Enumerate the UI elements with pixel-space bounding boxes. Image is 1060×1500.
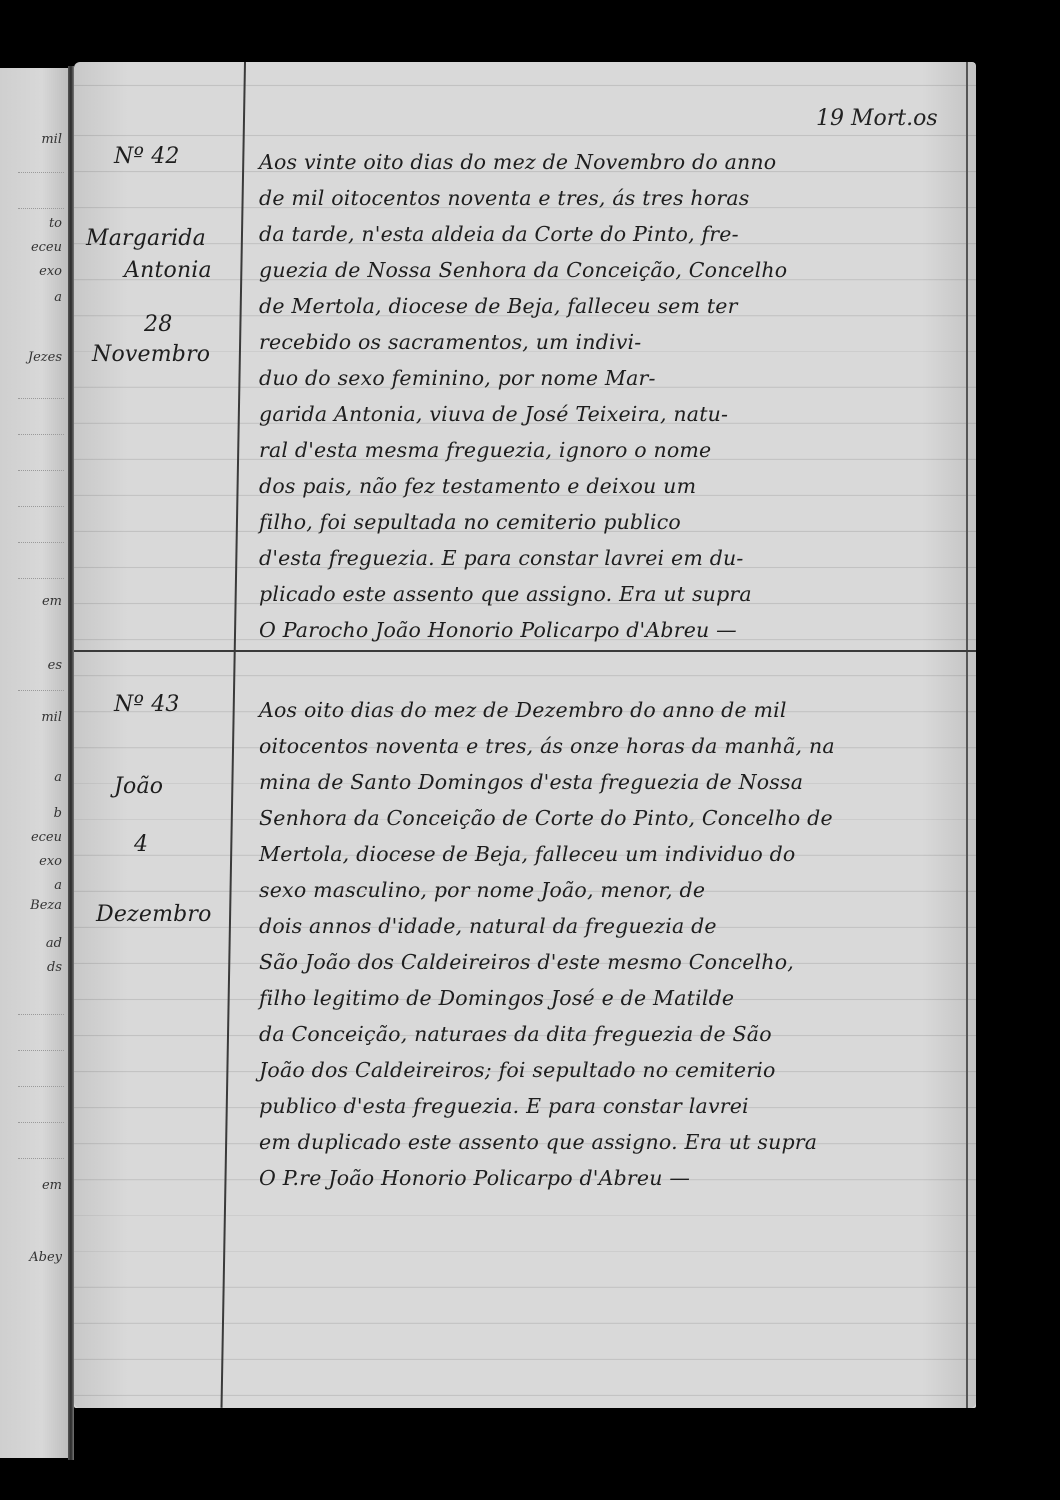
entry-text-line: em duplicado este assento que assigno. E…: [259, 1130, 817, 1154]
left-rule: [18, 1086, 64, 1087]
left-fragment: Abey: [29, 1250, 62, 1265]
entry-text-line: dois annos d'idade, natural da freguezia…: [259, 914, 717, 938]
left-rule: [18, 1050, 64, 1051]
entry-text-line: recebido os sacramentos, um indivi-: [259, 330, 641, 354]
entry-text-line: de Mertola, diocese de Beja, falleceu se…: [259, 294, 738, 318]
left-fragment: ad: [46, 936, 62, 951]
left-rule: [18, 172, 64, 173]
left-rule: [18, 208, 64, 209]
entry-month: Novembro: [92, 342, 210, 367]
register-page: 19 Mort.os Nº 42 Margarida Antonia 28 No…: [74, 62, 976, 1408]
left-rule: [18, 578, 64, 579]
entry-text-line: garida Antonia, viuva de José Teixeira, …: [259, 402, 728, 426]
left-rule: [18, 1122, 64, 1123]
left-rule: [18, 506, 64, 507]
entry-text-line: Aos oito dias do mez de Dezembro do anno…: [259, 698, 787, 722]
left-fragment: a: [54, 290, 62, 305]
left-fragment: eceu: [31, 240, 62, 255]
entry-text-line: Senhora da Conceição de Corte do Pinto, …: [259, 806, 833, 830]
left-rule: [18, 434, 64, 435]
left-fragment: exo: [39, 264, 62, 279]
left-fragment: Jezes: [28, 350, 62, 365]
left-fragment: mil: [41, 132, 62, 147]
entry-text-line: de mil oitocentos noventa e tres, ás tre…: [259, 186, 750, 210]
entry-name: João: [114, 774, 163, 799]
left-fragment: em: [42, 594, 62, 609]
entry-divider: [74, 650, 976, 652]
left-fragment: eceu: [31, 830, 62, 845]
margin-column-line: [221, 62, 246, 1408]
entry-signature: O P.re João Honorio Policarpo d'Abreu —: [259, 1166, 690, 1190]
entry-text-line: ral d'esta mesma freguezia, ignoro o nom…: [259, 438, 711, 462]
entry-number: Nº 43: [114, 692, 180, 717]
entry-text-line: filho legitimo de Domingos José e de Mat…: [259, 986, 734, 1010]
entry-text-line: sexo masculino, por nome João, menor, de: [259, 878, 705, 902]
entry-text-line: da tarde, n'esta aldeia da Corte do Pint…: [259, 222, 739, 246]
left-rule: [18, 542, 64, 543]
entry-text-line: filho, foi sepultada no cemiterio public…: [259, 510, 681, 534]
entry-name: Margarida: [86, 226, 206, 251]
entry-text-line: plicado este assento que assigno. Era ut…: [259, 582, 752, 606]
left-fragment: exo: [39, 854, 62, 869]
entry-number: Nº 42: [114, 144, 180, 169]
left-fragment: Beza: [30, 898, 62, 913]
entry-text-line: Aos vinte oito dias do mez de Novembro d…: [259, 150, 776, 174]
entry-day: 4: [134, 832, 148, 857]
left-rule: [18, 690, 64, 691]
left-facing-page: mil to eceu exo a Jezes em es mil a b ec…: [0, 68, 70, 1458]
left-fragment: to: [49, 216, 62, 231]
left-rule: [18, 398, 64, 399]
left-fragment: mil: [41, 710, 62, 725]
left-fragment: ds: [47, 960, 62, 975]
left-fragment: a: [54, 878, 62, 893]
entry-text-line: d'esta freguezia. E para constar lavrei …: [259, 546, 744, 570]
left-fragment: es: [48, 658, 62, 673]
entry-name: Antonia: [124, 258, 212, 283]
right-margin-line: [966, 62, 968, 1408]
left-fragment: b: [54, 806, 62, 821]
left-fragment: a: [54, 770, 62, 785]
entry-month: Dezembro: [96, 902, 212, 927]
entry-text-line: Mertola, diocese de Beja, falleceu um in…: [259, 842, 795, 866]
entry-text-line: duo do sexo feminino, por nome Mar-: [259, 366, 656, 390]
entry-text-line: João dos Caldeireiros; foi sepultado no …: [259, 1058, 776, 1082]
entry-signature: O Parocho João Honorio Policarpo d'Abreu…: [259, 618, 737, 642]
entry-text-line: publico d'esta freguezia. E para constar…: [259, 1094, 749, 1118]
entry-text-line: oitocentos noventa e tres, ás onze horas…: [259, 734, 835, 758]
left-fragment: em: [42, 1178, 62, 1193]
entry-text-line: São João dos Caldeireiros d'este mesmo C…: [259, 950, 794, 974]
entry-day: 28: [144, 312, 172, 337]
page-annotation: 19 Mort.os: [816, 106, 938, 131]
entry-text-line: da Conceição, naturaes da dita freguezia…: [259, 1022, 772, 1046]
entry-text-line: mina de Santo Domingos d'esta freguezia …: [259, 770, 803, 794]
left-rule: [18, 470, 64, 471]
entry-text-line: dos pais, não fez testamento e deixou um: [259, 474, 696, 498]
entry-text-line: guezia de Nossa Senhora da Conceição, Co…: [259, 258, 787, 282]
left-rule: [18, 1158, 64, 1159]
left-rule: [18, 1014, 64, 1015]
